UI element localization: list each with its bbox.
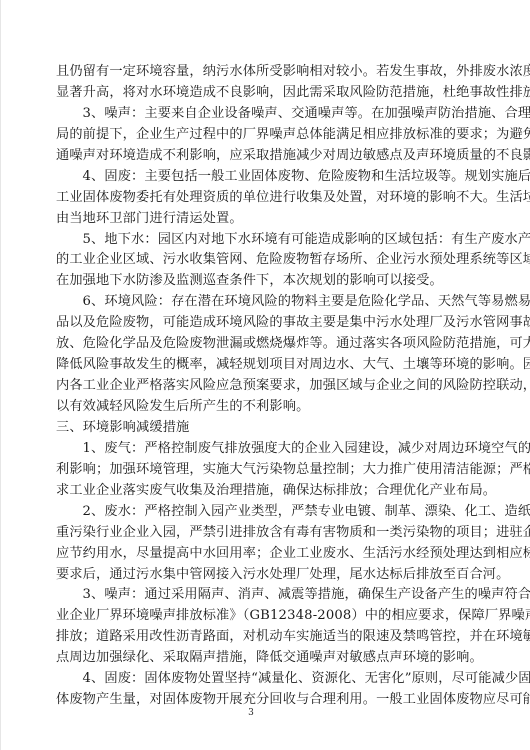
text-line: 品以及危险废物，可能造成环境风险的事故主要是集中污水处理厂及污水管网事故排 [56,313,476,334]
text-line: 4、固废：固体废物处置坚持“减量化、资源化、无害化”原则，尽可能减少固 [56,669,476,690]
text-line: 显著升高，将对水环境造成不良影响，因此需采取风险防范措施，杜绝事故性排放。 [56,83,476,104]
text-line: 6、环境风险：存在潜在环境风险的物料主要是危险化学品、天然气等易燃易爆 [56,292,476,313]
text-line: 要求后，通过污水集中管网接入污水处理厂处理，尾水达标后排放至百合河。 [56,565,476,586]
section-heading: 三、环境影响减缓措施 [56,418,476,439]
text-line: 重污染行业企业入园，严禁引进排放含有毒有害物质和一类污染物的项目；进驻企业 [56,523,476,544]
text-line: 3、噪声：通过采用隔声、消声、减震等措施，确保生产设备产生的噪声符合《工 [56,585,476,606]
text-line: 应节约用水，尽量提高中水回用率；企业工业废水、生活污水经预处理达到相应标准 [56,544,476,565]
document-page: 且仍留有一定环境容量，纳污水体所受影响相对较小。若发生事故，外排废水浓度会显著升… [0,0,530,750]
text-line: 内各工业企业严格落实风险应急预案要求，加强区域与企业之间的风险防控联动，可 [56,376,476,397]
text-line: 通噪声对环境造成不利影响，应采取措施减少对周边敏感点及声环境质量的不良影响。 [56,146,476,167]
page-number: 3 [245,706,257,720]
text-line: 且仍留有一定环境容量，纳污水体所受影响相对较小。若发生事故，外排废水浓度会 [56,62,476,83]
text-line: 1、废气：严格控制废气排放强度大的企业入园建设，减少对周边环境空气的不 [56,439,476,460]
text-line: 体废物产生量，对固体废物开展充分回收与合理利用。一般工业固体废物应尽可能回 [56,690,476,711]
text-line: 的工业企业区域、污水收集管网、危险废物暂存场所、企业污水预处理系统等区域。 [56,250,476,271]
text-line: 利影响；加强环境管理，实施大气污染物总量控制；大力推广使用清洁能源；严格要 [56,460,476,481]
text-line: 工业固体废物委托有处理资质的单位进行收集及处置，对环境的影响不大。生活垃圾 [56,188,476,209]
text-line: 排放；道路采用改性沥青路面，对机动车实施适当的限速及禁鸣管控，并在环境敏感 [56,627,476,648]
text-line: 放、危险化学品及危险废物泄漏或燃烧爆炸等。通过落实各项风险防范措施，可大大 [56,334,476,355]
text-line: 4、固废：主要包括一般工业固体废物、危险废物和生活垃圾等。规划实施后， [56,167,476,188]
text-line: 3、噪声：主要来自企业设备噪声、交通噪声等。在加强噪声防治措施、合理布 [56,104,476,125]
text-line: 降低风险事故发生的概率，减轻规划项目对周边水、大气、土壤等环境的影响。园区 [56,355,476,376]
text-line: 由当地环卫部门进行清运处置。 [56,209,476,230]
text-line: 5、地下水：园区内对地下水环境有可能造成影响的区域包括：有生产废水产生 [56,230,476,251]
text-line: 以有效减轻风险发生后所产生的不利影响。 [56,397,476,418]
text-line: 局的前提下，企业生产过程中的厂界噪声总体能满足相应排放标准的要求；为避免交 [56,125,476,146]
text-line: 求工业企业落实废气收集及治理措施，确保达标排放；合理优化产业布局。 [56,481,476,502]
text-line: 业企业厂界环境噪声排放标准》（GB12348-2008）中的相应要求，保障厂界噪… [56,606,476,627]
text-line: 2、废水：严格控制入园产业类型，严禁专业电镀、制革、漂染、化工、造纸等 [56,502,476,523]
text-line: 点周边加强绿化、采取隔声措施，降低交通噪声对敏感点声环境的影响。 [56,648,476,669]
text-line: 在加强地下水防渗及监测巡查条件下，本次规划的影响可以接受。 [56,271,476,292]
document-body: 且仍留有一定环境容量，纳污水体所受影响相对较小。若发生事故，外排废水浓度会显著升… [56,62,476,711]
